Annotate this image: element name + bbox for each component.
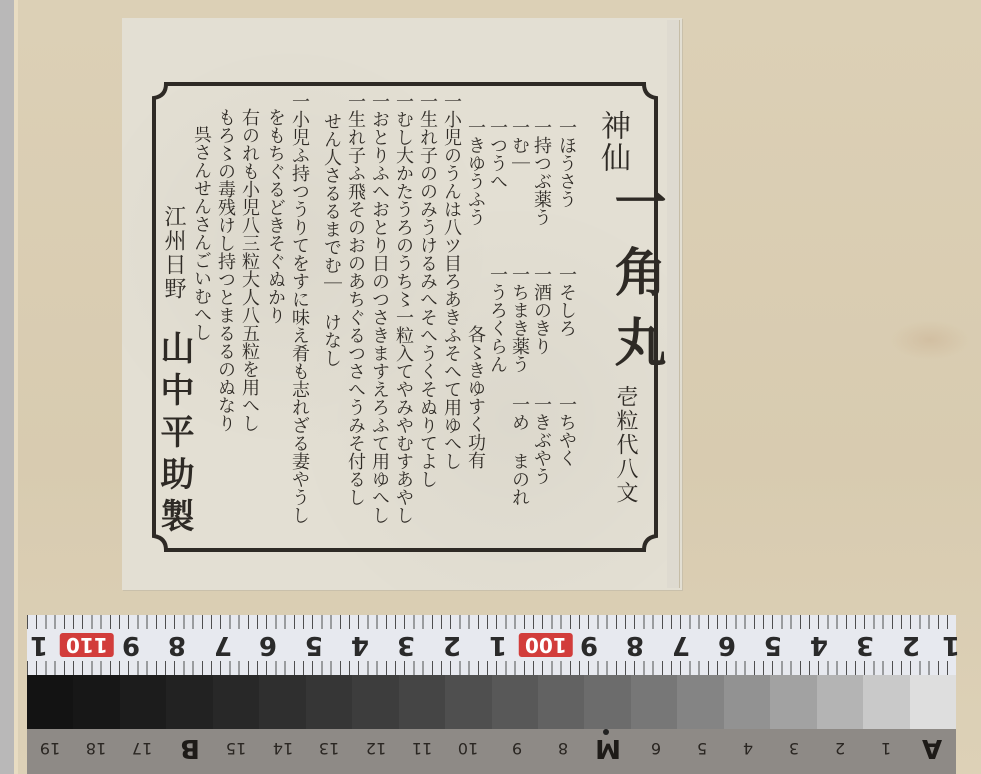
gray-patch	[306, 675, 352, 729]
gray-patch	[492, 675, 538, 729]
ruler-num: 7	[669, 629, 693, 661]
gray-patch	[677, 675, 723, 729]
ailment-col-3a: 一む｜	[510, 118, 528, 172]
gray-patch	[863, 675, 909, 729]
ruler-num: 9	[119, 629, 143, 661]
ailment-col-1a: 一ほうさう	[557, 118, 575, 208]
gray-label-A: A	[919, 733, 945, 763]
ruler-num: 7	[211, 629, 235, 661]
ruler-num: 6	[715, 629, 739, 661]
gray-patch	[445, 675, 491, 729]
gray-patch	[724, 675, 770, 729]
scanner-edge	[0, 0, 14, 774]
gray-label: 2	[827, 739, 853, 758]
gray-label: 9	[504, 739, 530, 758]
maker-label: 山中平助製	[150, 330, 199, 540]
body-col-7: 一小児ふ持つうりてをすに味え肴も志れざる妻やうし	[290, 92, 308, 524]
ruler-num: 6	[256, 629, 280, 661]
ailment-col-2b: 一酒のきり	[532, 265, 550, 355]
body-col-9: 右のれも小児八三粒大人八五粒を用へし	[240, 108, 258, 432]
ailment-col-4a: 一つうへ	[488, 118, 506, 190]
ruler-num: 3	[853, 629, 877, 661]
ruler-num: 5	[761, 629, 785, 661]
ruler-num: 5	[302, 629, 326, 661]
ruler-num: 1	[939, 629, 963, 661]
gray-patch	[817, 675, 863, 729]
gray-label-B: B	[177, 733, 203, 763]
ailment-col-2c: 一きぶやう	[532, 395, 550, 485]
gray-scale-patches	[27, 675, 956, 729]
gray-label: 1	[873, 739, 899, 758]
ruler-num: 8	[623, 629, 647, 661]
gray-label: 14	[270, 739, 296, 758]
title-ikkakugan: 一角丸	[598, 175, 673, 385]
body-col-10: もろ〻の毒残けし持つとまるるのぬなり	[216, 108, 234, 432]
center-dot-marker	[603, 729, 609, 735]
gray-label-M: M	[595, 733, 621, 763]
gray-patch	[120, 675, 166, 729]
gray-label: 12	[363, 739, 389, 758]
gray-label: 13	[316, 739, 342, 758]
gray-label: 15	[223, 739, 249, 758]
ailment-col-3c: 一め まのれ	[510, 395, 528, 506]
ruler-num: 4	[348, 629, 372, 661]
title-shinsen: 神仙	[590, 110, 634, 174]
gray-patch	[910, 675, 956, 729]
gray-label: 5	[689, 739, 715, 758]
efficacy-note: 各〻きゆすく功有	[466, 325, 484, 469]
body-col-11: 呉さんせんさんごいむへし	[192, 125, 210, 341]
location-label: 江州日野	[158, 205, 189, 301]
ailment-col-1b: 一そしろ	[557, 265, 575, 337]
ruler-num: 9	[577, 629, 601, 661]
body-col-8: をもちぐるどきそぐぬかり	[266, 108, 284, 324]
body-col-5: 一生れ子ふ飛そのおのあちぐるつさへうみそ付るし	[346, 92, 364, 506]
body-col-6: せん人さるるまでむ｜ けなし	[322, 112, 340, 367]
ruler-num: 3	[394, 629, 418, 661]
ruler-ticks-bottom	[27, 661, 956, 675]
ruler-badge-110: 110	[60, 633, 114, 657]
gray-patch	[73, 675, 119, 729]
ruler-num: 8	[165, 629, 189, 661]
ailment-col-5a: 一きゆうふう	[466, 118, 484, 226]
body-col-1: 一小児のうんは八ツ目ろあきふそへて用ゆへし	[442, 92, 460, 470]
gray-patch	[27, 675, 73, 729]
ruler-num: 1	[27, 629, 51, 661]
gray-label: 18	[83, 739, 109, 758]
gray-patch	[166, 675, 212, 729]
gray-patch	[399, 675, 445, 729]
body-col-4: 一おとりふへおとり日のつさきますえろふて用ゆへし	[370, 92, 388, 524]
measurement-ruler: 1 110 9 8 7 6 5 4 3 2 1 100 9 8 7 6 5 4 …	[27, 615, 956, 774]
gray-label: 8	[550, 739, 576, 758]
gray-patch	[538, 675, 584, 729]
gray-scale-label-bar: 19 18 17 B 15 14 13 12 11 10 9 8 M 6 5 4…	[27, 729, 956, 774]
gray-label: 3	[781, 739, 807, 758]
gray-label: 17	[129, 739, 155, 758]
ruler-num: 4	[807, 629, 831, 661]
gray-patch	[631, 675, 677, 729]
ruler-num: 2	[440, 629, 464, 661]
mount-stain	[890, 320, 970, 360]
ailment-col-4b: 一うろくらん	[488, 265, 506, 373]
gray-label: 19	[37, 739, 63, 758]
ailment-col-3b: 一ちまき薬う	[510, 265, 528, 373]
gray-label: 4	[735, 739, 761, 758]
gray-patch	[352, 675, 398, 729]
ruler-ticks-top	[27, 615, 956, 629]
gray-patch	[213, 675, 259, 729]
ruler-num: 1	[486, 629, 510, 661]
gray-label: 10	[455, 739, 481, 758]
ruler-num: 2	[899, 629, 923, 661]
ailment-col-1c: 一ちやく	[557, 395, 575, 467]
price-label: 壱粒代八文	[610, 385, 641, 505]
gray-label: 6	[643, 739, 669, 758]
body-col-3: 一むし大かたうろのうち〻一粒入てやみやむすあやし	[394, 92, 412, 524]
ruler-badge-100: 100	[519, 633, 573, 657]
ailment-col-2a: 一持つぶ薬う	[532, 118, 550, 226]
gray-patch	[259, 675, 305, 729]
gray-patch	[584, 675, 630, 729]
body-col-2: 一生れ子ののみうけるみへそへうくそぬりてよし	[418, 92, 436, 488]
ruler-numbers: 1 110 9 8 7 6 5 4 3 2 1 100 9 8 7 6 5 4 …	[27, 629, 956, 661]
gray-patch	[770, 675, 816, 729]
gray-label: 11	[409, 739, 435, 758]
